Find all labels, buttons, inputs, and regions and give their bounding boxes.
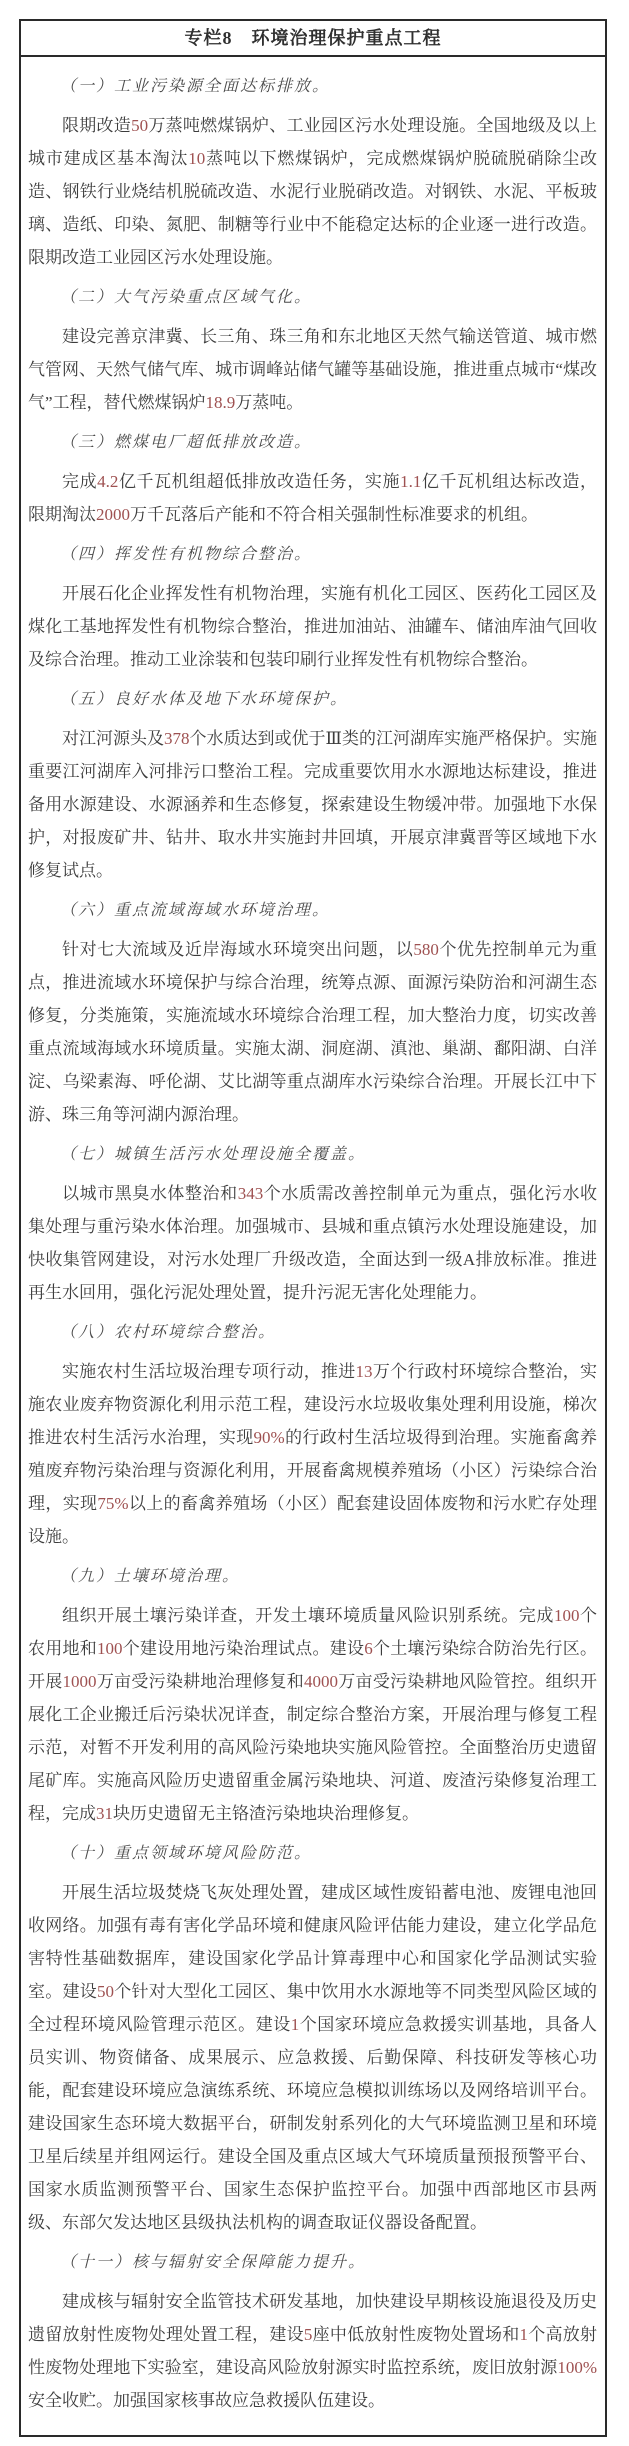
section-paragraph: 建成核与辐射安全监管技术研发基地，加快建设早期核设施退役及历史遗留放射性废物处理… bbox=[28, 2285, 597, 2417]
section: （二）大气污染重点区域气化。 建设完善京津冀、长三角、珠三角和东北地区天然气输送… bbox=[28, 281, 597, 419]
numeric-value: 343 bbox=[238, 1184, 264, 1203]
numeric-value: 31 bbox=[96, 1804, 113, 1823]
section: （五）良好水体及地下水环境保护。 对江河源头及378个水质达到或优于Ⅲ类的江河湖… bbox=[28, 683, 597, 887]
section: （四）挥发性有机物综合整治。 开展石化企业挥发性有机物治理，实施有机化工园区、医… bbox=[28, 538, 597, 676]
section-paragraph: 限期改造50万蒸吨燃煤锅炉、工业园区污水处理设施。全国地级及以上城市建成区基本淘… bbox=[28, 109, 597, 274]
section-paragraph: 开展石化企业挥发性有机物治理，实施有机化工园区、医药化工园区及煤化工基地挥发性有… bbox=[28, 577, 597, 676]
section-heading: （五）良好水体及地下水环境保护。 bbox=[28, 683, 597, 716]
section-heading: （一）工业污染源全面达标排放。 bbox=[28, 70, 597, 103]
numeric-value: 580 bbox=[413, 940, 439, 959]
section-paragraph: 组织开展土壤污染详查，开发土壤环境质量风险识别系统。完成100个农用地和100个… bbox=[28, 1599, 597, 1830]
numeric-value: 2000 bbox=[96, 505, 130, 524]
section-paragraph: 完成4.2亿千瓦机组超低排放改造任务，实施1.1亿千瓦机组达标改造，限期淘汰20… bbox=[28, 465, 597, 531]
numeric-value: 75% bbox=[97, 1494, 128, 1513]
section-heading: （七）城镇生活污水处理设施全覆盖。 bbox=[28, 1138, 597, 1171]
section: （十）重点领域环境风险防范。 开展生活垃圾焚烧飞灰处理处置，建成区域性废铅蓄电池… bbox=[28, 1837, 597, 2239]
numeric-value: 5 bbox=[304, 2325, 313, 2344]
section: （六）重点流域海域水环境治理。 针对七大流域及近岸海域水环境突出问题，以580个… bbox=[28, 894, 597, 1131]
document-page: 专栏8 环境治理保护重点工程 （一）工业污染源全面达标排放。 限期改造50万蒸吨… bbox=[0, 0, 629, 2446]
section-heading: （三）燃煤电厂超低排放改造。 bbox=[28, 426, 597, 459]
numeric-value: 100 bbox=[554, 1606, 580, 1625]
numeric-value: 50 bbox=[97, 1982, 114, 2001]
numeric-value: 90% bbox=[254, 1428, 285, 1447]
section-heading: （六）重点流域海域水环境治理。 bbox=[28, 894, 597, 927]
numeric-value: 6 bbox=[364, 1639, 373, 1658]
section: （八）农村环境综合整治。 实施农村生活垃圾治理专项行动，推进13万个行政村环境综… bbox=[28, 1316, 597, 1553]
numeric-value: 1.1 bbox=[400, 472, 421, 491]
numeric-value: 4000 bbox=[304, 1672, 338, 1691]
section: （九）土壤环境治理。 组织开展土壤污染详查，开发土壤环境质量风险识别系统。完成1… bbox=[28, 1560, 597, 1830]
section: （三）燃煤电厂超低排放改造。 完成4.2亿千瓦机组超低排放改造任务，实施1.1亿… bbox=[28, 426, 597, 531]
numeric-value: 4.2 bbox=[97, 472, 118, 491]
section-paragraph: 针对七大流域及近岸海域水环境突出问题，以580个优先控制单元为重点，推进流域水环… bbox=[28, 933, 597, 1131]
numeric-value: 378 bbox=[164, 729, 190, 748]
numeric-value: 100% bbox=[557, 2358, 597, 2377]
numeric-value: 100 bbox=[97, 1639, 123, 1658]
section: （七）城镇生活污水处理设施全覆盖。 以城市黑臭水体整治和343个水质需改善控制单… bbox=[28, 1138, 597, 1309]
numeric-value: 13 bbox=[356, 1362, 373, 1381]
numeric-value: 1 bbox=[520, 2325, 529, 2344]
section-heading: （二）大气污染重点区域气化。 bbox=[28, 281, 597, 314]
section-heading: （十一）核与辐射安全保障能力提升。 bbox=[28, 2246, 597, 2279]
numeric-value: 1000 bbox=[63, 1672, 97, 1691]
section-paragraph: 以城市黑臭水体整治和343个水质需改善控制单元为重点，强化污水收集处理与重污染水… bbox=[28, 1177, 597, 1309]
column-box: 专栏8 环境治理保护重点工程 （一）工业污染源全面达标排放。 限期改造50万蒸吨… bbox=[19, 19, 607, 2437]
numeric-value: 1 bbox=[291, 2015, 300, 2034]
section-heading: （四）挥发性有机物综合整治。 bbox=[28, 538, 597, 571]
section-paragraph: 对江河源头及378个水质达到或优于Ⅲ类的江河湖库实施严格保护。实施重要江河湖库入… bbox=[28, 722, 597, 887]
section-heading: （九）土壤环境治理。 bbox=[28, 1560, 597, 1593]
section-paragraph: 建设完善京津冀、长三角、珠三角和东北地区天然气输送管道、城市燃气管网、天然气储气… bbox=[28, 320, 597, 419]
section-heading: （十）重点领域环境风险防范。 bbox=[28, 1837, 597, 1870]
numeric-value: 18.9 bbox=[206, 393, 236, 412]
numeric-value: 10 bbox=[188, 149, 205, 168]
section: （一）工业污染源全面达标排放。 限期改造50万蒸吨燃煤锅炉、工业园区污水处理设施… bbox=[28, 70, 597, 274]
section-paragraph: 实施农村生活垃圾治理专项行动，推进13万个行政村环境综合整治，实施农业废弃物资源… bbox=[28, 1355, 597, 1553]
section: （十一）核与辐射安全保障能力提升。 建成核与辐射安全监管技术研发基地，加快建设早… bbox=[28, 2246, 597, 2417]
box-content: （一）工业污染源全面达标排放。 限期改造50万蒸吨燃煤锅炉、工业园区污水处理设施… bbox=[21, 57, 605, 2435]
box-title: 专栏8 环境治理保护重点工程 bbox=[21, 21, 605, 57]
section-heading: （八）农村环境综合整治。 bbox=[28, 1316, 597, 1349]
section-paragraph: 开展生活垃圾焚烧飞灰处理处置，建成区域性废铅蓄电池、废锂电池回收网络。加强有毒有… bbox=[28, 1876, 597, 2239]
numeric-value: 50 bbox=[131, 116, 148, 135]
